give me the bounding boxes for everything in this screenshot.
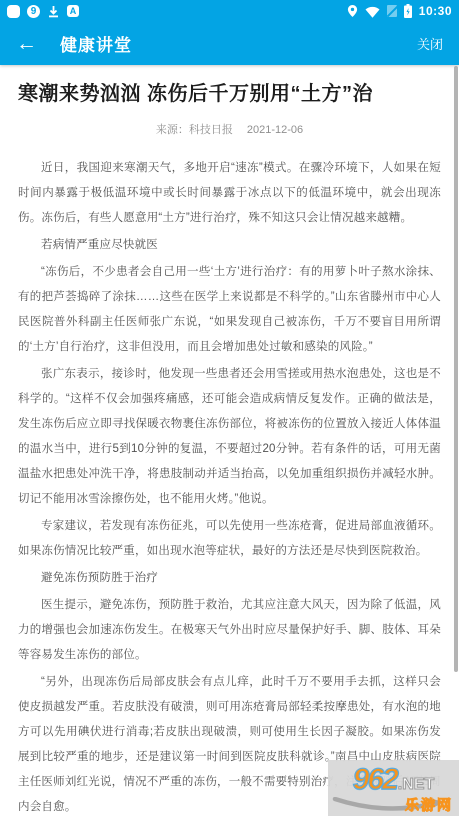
article-paragraph: 近日，我国迎来寒潮天气，多地开启“速冻”模式。在骤冷环境下，人如果在短时间内暴露… (18, 156, 441, 231)
article-paragraph: 专家建议，若发现有冻伤征兆，可以先使用一些冻疮膏，促进局部血液循环。如果冻伤情况… (18, 514, 441, 564)
close-button[interactable]: 关闭 (417, 34, 443, 53)
app-square-icon (7, 5, 20, 18)
watermark-sitename: 乐游网 (405, 795, 453, 815)
nav-bar: ← 健康讲堂 关闭 (0, 22, 459, 65)
scrollbar-thumb[interactable] (454, 66, 458, 672)
article-date: 2021-12-06 (247, 124, 303, 136)
wifi-icon (365, 5, 380, 18)
watermark-962net: 962.NET 乐游网 (328, 760, 459, 816)
article-subheading: 避免冻伤预防胜于治疗 (18, 566, 441, 591)
watermark-number: 962 (353, 765, 397, 795)
status-clock: 10:30 (419, 4, 452, 18)
article-meta: 来源：科技日报2021-12-06 (18, 121, 441, 137)
page-title: 健康讲堂 (60, 31, 417, 56)
watermark-net: .NET (398, 777, 434, 793)
location-pin-icon (347, 4, 358, 18)
article-paragraph: 医生提示，避免冻伤，预防胜于救治，尤其应注意大风天，因为除了低温，风力的增强也会… (18, 593, 441, 668)
download-icon (47, 5, 60, 18)
battery-charging-icon (404, 4, 412, 18)
article-title: 寒潮来势汹汹 冻伤后千万别用“土方”治 (18, 80, 441, 108)
circle-9-badge-icon: 9 (27, 5, 40, 18)
article-paragraph: 张广东表示，接诊时，他发现一些患者还会用雪搓或用热水泡患处，这也是不科学的。“这… (18, 362, 441, 512)
article-source: 来源：科技日报 (156, 124, 233, 136)
no-sim-icon (387, 5, 397, 17)
article-paragraph: “冻伤后，不少患者会自己用一些‘土方’进行治疗：有的用萝卜叶子熬水涂抹、有的把芦… (18, 260, 441, 360)
back-arrow-icon[interactable]: ← (16, 33, 46, 54)
article-subheading: 若病情严重应尽快就医 (18, 233, 441, 258)
autofill-a-icon: A (67, 5, 79, 17)
article-content: 寒潮来势汹汹 冻伤后千万别用“土方”治 来源：科技日报2021-12-06 近日… (0, 80, 459, 816)
article-body: 近日，我国迎来寒潮天气，多地开启“速冻”模式。在骤冷环境下，人如果在短时间内暴露… (18, 156, 441, 816)
app-screen: 9 A 10:30 ← 健康讲堂 (0, 0, 459, 816)
status-bar: 9 A 10:30 (0, 0, 459, 22)
